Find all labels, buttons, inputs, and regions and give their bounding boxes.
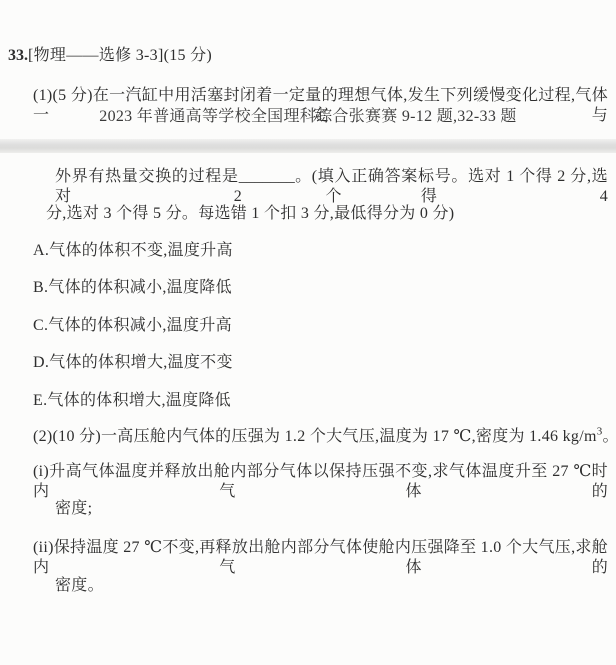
option-label: C. xyxy=(33,317,48,334)
part1-stem-line3: 分,选对 3 个得 5 分。每选错 1 个扣 3 分,最低得分为 0 分) xyxy=(46,204,454,224)
option-row-a: A.气体的体积不变,温度升高 xyxy=(33,241,233,261)
option-text: 气体的体积减小,温度降低 xyxy=(48,279,232,296)
option-text: 气体的体积增大,温度不变 xyxy=(49,354,233,371)
option-label: B. xyxy=(33,279,48,296)
part2-intro-pre: (2)(10 分)一高压舱内气体的压强为 1.2 个大气压,温度为 17 ℃,密… xyxy=(33,428,597,445)
source-watermark: 2023 年普通高等学校全国理科综合张赛赛 9-12 题,32-33 题 xyxy=(0,107,616,127)
part2-sub-i-line2: 密度; xyxy=(55,499,92,519)
option-label: A. xyxy=(33,242,49,259)
answer-blank: _______ xyxy=(239,168,295,185)
option-text: 气体的体积不变,温度升高 xyxy=(49,242,233,259)
option-row-d: D.气体的体积增大,温度不变 xyxy=(33,353,233,373)
part1-stem-line2: 外界有热量交换的过程是_______。(填入正确答案标号。选对 1 个得 2 分… xyxy=(55,167,608,207)
option-row-c: C.气体的体积减小,温度升高 xyxy=(33,316,232,336)
question-title: 33.[物理——选修 3-3](15 分) xyxy=(8,46,212,66)
question-header: [物理——选修 3-3](15 分) xyxy=(28,47,212,64)
part2-sub-i-line1: (i)升高气体温度并释放出舱内部分气体以保持压强不变,求气体温度升至 27 ℃时… xyxy=(33,462,608,502)
part2-sub-ii-line1: (ii)保持温度 27 ℃不变,再释放出舱内部分气体使舱内压强降至 1.0 个大… xyxy=(33,538,608,578)
exam-page: 33.[物理——选修 3-3](15 分) (1)(5 分)在一汽缸中用活塞封闭… xyxy=(0,0,616,665)
option-text: 气体的体积减小,温度升高 xyxy=(48,317,232,334)
part2-intro-post: 。 xyxy=(603,428,616,445)
question-number: 33. xyxy=(8,47,28,64)
option-row-b: B.气体的体积减小,温度降低 xyxy=(33,278,232,298)
scan-artifact-band xyxy=(0,139,616,153)
part1-stem-line2-pre: 外界有热量交换的过程是 xyxy=(55,168,239,185)
option-text: 气体的体积增大,温度降低 xyxy=(47,392,231,409)
option-label: D. xyxy=(33,354,49,371)
part2-sub-ii-line2: 密度。 xyxy=(55,576,104,596)
option-label: E. xyxy=(33,392,47,409)
part2-intro: (2)(10 分)一高压舱内气体的压强为 1.2 个大气压,温度为 17 ℃,密… xyxy=(33,427,616,447)
option-row-e: E.气体的体积增大,温度降低 xyxy=(33,391,231,411)
